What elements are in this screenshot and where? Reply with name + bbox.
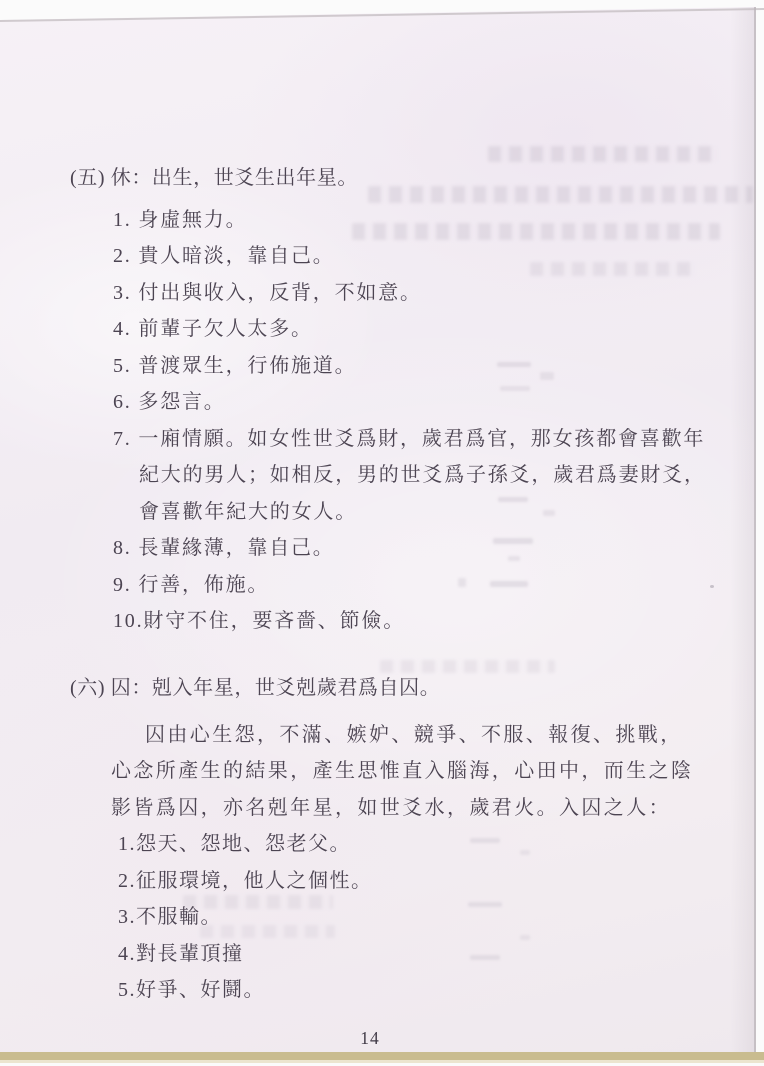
list-item: 8. 長輩緣薄，靠自己。 <box>113 530 709 567</box>
list-item: 4. 前輩子欠人太多。 <box>113 311 709 348</box>
section-6-heading: (六) 囚：剋入年星，世爻剋歲君爲自囚。 <box>70 670 764 707</box>
list-item: 10.財守不住，要吝嗇、節儉。 <box>113 603 709 640</box>
list-item: 1.怨天、怨地、怨老父。 <box>118 826 698 863</box>
section-6-list: 1.怨天、怨地、怨老父。 2.征服環境，他人之個性。 3.不服輸。 4.對長輩頂… <box>118 826 698 1009</box>
page-content: (五) 休：出生，世爻生出年星。 1. 身虛無力。 2. 貴人暗淡，靠自己。 3… <box>0 0 764 1066</box>
list-item: 7. 一廂情願。如女性世爻爲財，歲君爲官，那女孩都會喜歡年紀大的男人；如相反，男… <box>113 421 709 531</box>
list-item: 2. 貴人暗淡，靠自己。 <box>113 238 709 275</box>
list-item: 4.對長輩頂撞 <box>118 936 698 973</box>
list-item: 5.好爭、好鬪。 <box>118 972 698 1009</box>
page-number: 14 <box>340 1026 400 1050</box>
book-cover-strip-light <box>0 1060 764 1063</box>
section-5-list: 1. 身虛無力。 2. 貴人暗淡，靠自己。 3. 付出與收入，反背，不如意。 4… <box>113 202 709 640</box>
list-item: 2.征服環境，他人之個性。 <box>118 863 698 900</box>
list-item: 6. 多怨言。 <box>113 384 709 421</box>
list-item: 5. 普渡眾生，行佈施道。 <box>113 348 709 385</box>
list-item: 3. 付出與收入，反背，不如意。 <box>113 275 709 312</box>
book-cover-strip <box>0 1052 764 1060</box>
list-item: 9. 行善，佈施。 <box>113 567 709 604</box>
section-6-paragraph: 囚由心生怨，不滿、嫉妒、競爭、不服、報復、挑戰，心念所產生的結果，產生思惟直入腦… <box>111 717 699 827</box>
section-5-heading: (五) 休：出生，世爻生出年星。 <box>70 160 764 197</box>
list-item: 3.不服輸。 <box>118 899 698 936</box>
list-item: 1. 身虛無力。 <box>113 202 709 239</box>
